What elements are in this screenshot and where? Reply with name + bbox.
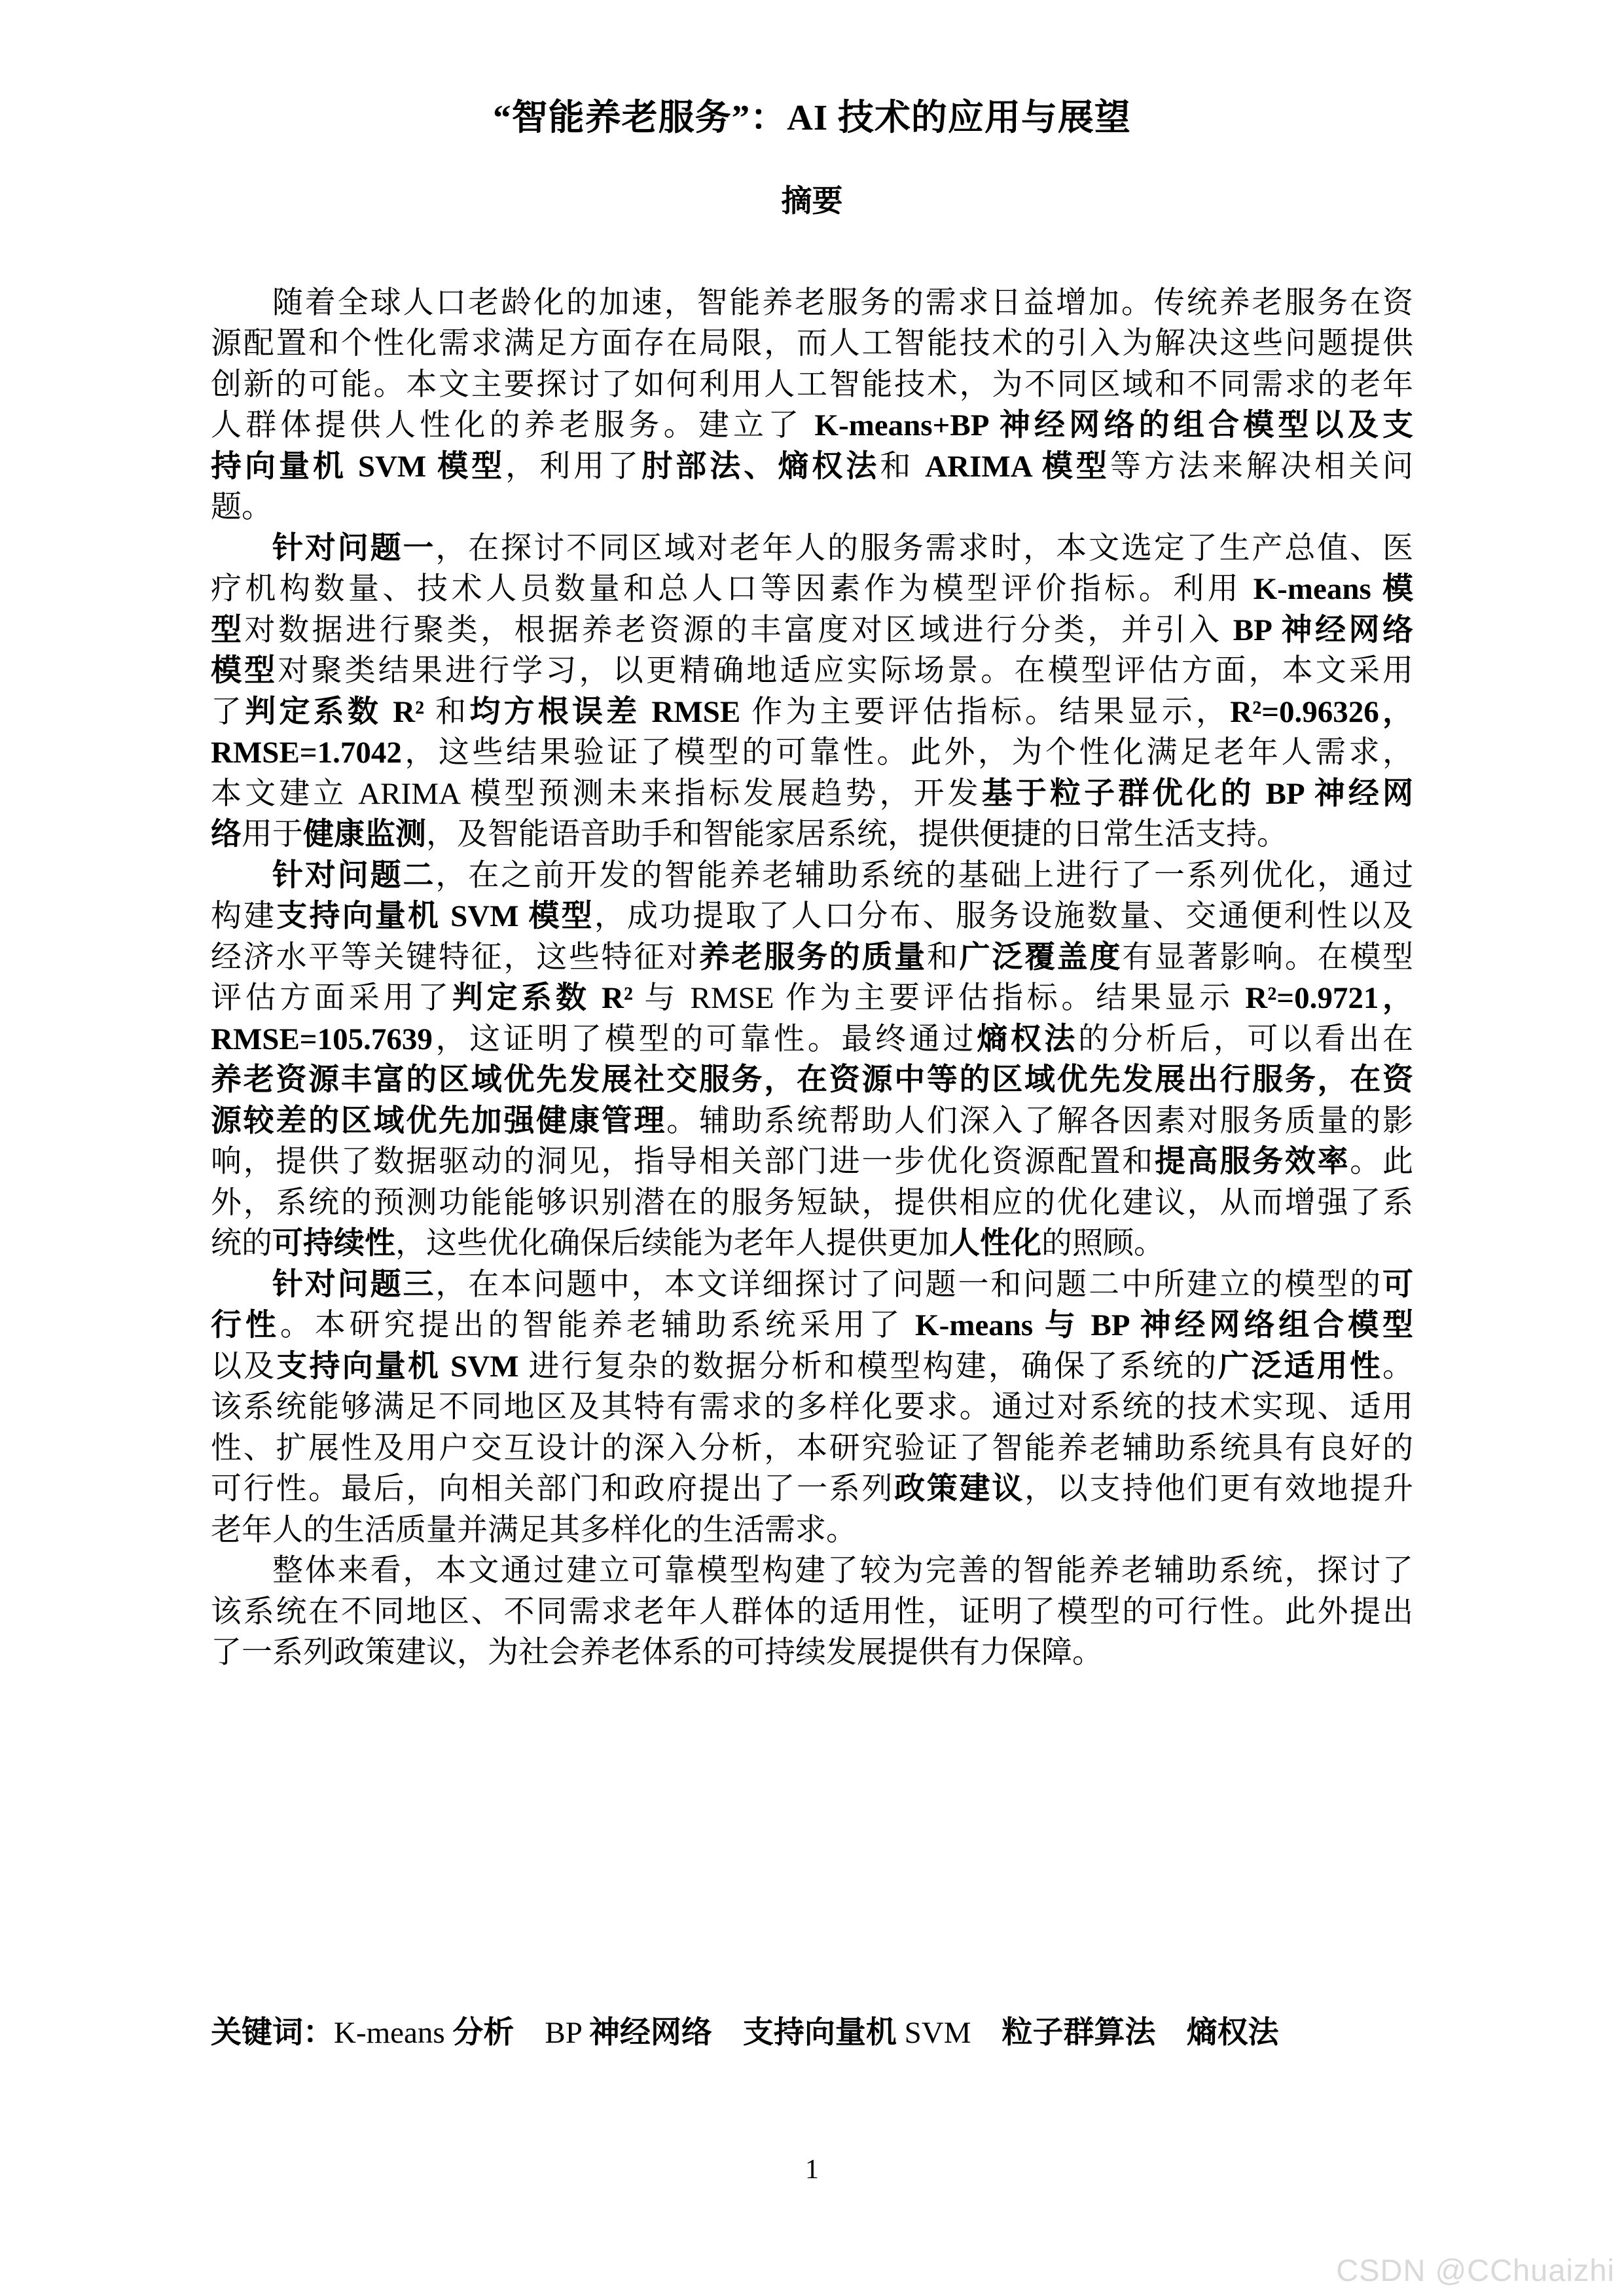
paragraph-line: 经济水平等关键特征，这些特征对养老服务的质量和广泛覆盖度有显著影响。在模型 <box>211 937 1413 978</box>
bold-text-run: 针对问题三 <box>272 1268 435 1302</box>
paragraph-line: 针对问题三，在本问题中，本文详细探讨了问题一和问题二中所建立的模型的可 <box>211 1265 1413 1306</box>
text-run: 。 <box>1382 1350 1413 1384</box>
text-run <box>1156 2016 1187 2050</box>
text-run: 本文建立 ARIMA 模型预测未来指标发展趋势，开发 <box>211 777 982 811</box>
bold-text-run: K-means 与 BP 神经网络组合模型 <box>915 1308 1413 1342</box>
text-run: ，在本问题中，本文详细探讨了问题一和问题二中所建立的模型的 <box>435 1268 1382 1302</box>
bold-text-run: ARIMA 模型 <box>925 450 1110 484</box>
page-title: “智能养老服务”：AI 技术的应用与展望 <box>211 0 1413 141</box>
paragraph-line: 养老资源丰富的区域优先发展社交服务，在资源中等的区域优先发展出行服务，在资 <box>211 1060 1413 1101</box>
text-run: 该系统在不同地区、不同需求老年人群体的适用性，证明了模型的可行性。此外提出 <box>211 1595 1413 1629</box>
paragraph-line: 针对问题二，在之前开发的智能养老辅助系统的基础上进行了一系列优化，通过 <box>211 855 1413 897</box>
text-run: 进行复杂的数据分析和模型构建，确保了系统的 <box>519 1350 1219 1384</box>
text-run: 性、扩展性及用户交互设计的深入分析，本研究验证了智能养老辅助系统具有良好的 <box>211 1431 1413 1465</box>
text-run: 有显著影响。在模型 <box>1122 941 1413 975</box>
text-run: 和 <box>880 450 925 484</box>
abstract-heading: 摘要 <box>211 183 1413 221</box>
text-run: 用于 <box>242 817 303 852</box>
text-run: ，成功提取了人口分布、服务设施数量、交通便利性以及 <box>594 899 1413 933</box>
paragraph-line: 可行性。最后，向相关部门和政府提出了一系列政策建议，以支持他们更有效地提升 <box>211 1469 1413 1510</box>
watermark: CSDN @CChuaizhi <box>1336 2252 1615 2288</box>
paragraph-line: 该系统在不同地区、不同需求老年人群体的适用性，证明了模型的可行性。此外提出 <box>211 1592 1413 1633</box>
text-run <box>971 2016 1002 2050</box>
text-run: 。本研究提出的智能养老辅助系统采用了 <box>280 1308 915 1342</box>
text-run: ，利用了 <box>505 450 641 484</box>
paragraph: 针对问题二，在之前开发的智能养老辅助系统的基础上进行了一系列优化，通过构建支持向… <box>211 855 1413 1265</box>
paragraph-line: 了判定系数 R² 和均方根误差 RMSE 作为主要评估指标。结果显示，R²=0.… <box>211 692 1413 733</box>
bold-text-run: 分析 <box>452 2016 514 2050</box>
text-run <box>514 2016 545 2050</box>
text-run: 外，系统的预测功能能够识别潜在的服务短缺，提供相应的优化建议，从而增强了系 <box>211 1186 1413 1220</box>
paragraph-line: 随着全球人口老龄化的加速，智能养老服务的需求日益增加。传统养老服务在资 <box>211 283 1413 324</box>
paragraph-line: 模型对聚类结果进行学习，以更精确地适应实际场景。在模型评估方面，本文采用 <box>211 651 1413 692</box>
bold-text-run: R²=0.9721， <box>1245 981 1413 1015</box>
paragraph-line: 持向量机 SVM 模型，利用了肘部法、熵权法和 ARIMA 模型等方法来解决相关… <box>211 446 1413 488</box>
bold-text-run: 支持向量机 SVM 模型 <box>276 899 594 933</box>
text-run: 该系统能够满足不同地区及其特有需求的多样化要求。通过对系统的技术实现、适用 <box>211 1390 1413 1424</box>
text-run: 老年人的生活质量并满足其多样化的生活需求。 <box>211 1513 857 1547</box>
paragraph-line: 该系统能够满足不同地区及其特有需求的多样化要求。通过对系统的技术实现、适用 <box>211 1387 1413 1428</box>
bold-text-run: 神经网络 <box>589 2016 712 2050</box>
bold-text-run: 广泛覆盖度 <box>960 941 1123 975</box>
bold-text-run: 基于粒子群优化的 BP 神经网 <box>982 777 1413 811</box>
text-run: ，这些结果验证了模型的可靠性。此外，为个性化满足老年人需求， <box>402 736 1413 770</box>
paragraph-line: 络用于健康监测，及智能语音助手和智能家居系统，提供便捷的日常生活支持。 <box>211 814 1413 855</box>
bold-text-run: 模型 <box>211 654 278 688</box>
paragraph: 整体来看，本文通过建立可靠模型构建了较为完善的智能养老辅助系统，探讨了该系统在不… <box>211 1551 1413 1674</box>
paragraph-line: 外，系统的预测功能能够识别潜在的服务短缺，提供相应的优化建议，从而增强了系 <box>211 1183 1413 1224</box>
bold-text-run: RMSE=1.7042 <box>211 736 402 770</box>
bold-text-run: 判定系数 R² <box>245 695 424 729</box>
bold-text-run: 针对问题二 <box>272 859 435 893</box>
paragraph-line: RMSE=105.7639，这证明了模型的可靠性。最终通过熵权法的分析后，可以看… <box>211 1019 1413 1060</box>
text-run: 。辅助系统帮助人们深入了解各因素对服务质量的影 <box>666 1104 1413 1138</box>
abstract-body: 随着全球人口老龄化的加速，智能养老服务的需求日益增加。传统养老服务在资源配置和个… <box>211 283 1413 1674</box>
paragraph-line: 统的可持续性，这些优化确保后续能为老年人提供更加人性化的照顾。 <box>211 1223 1413 1265</box>
bold-text-run: R²=0.96326， <box>1230 695 1413 729</box>
paragraph-line: 型对数据进行聚类，根据养老资源的丰富度对区域进行分类，并引入 BP 神经网络 <box>211 610 1413 651</box>
bold-text-run: 政策建议 <box>894 1472 1024 1506</box>
bold-text-run: 支持向量机 SVM <box>276 1350 518 1384</box>
paragraph-line: 本文建立 ARIMA 模型预测未来指标发展趋势，开发基于粒子群优化的 BP 神经… <box>211 774 1413 815</box>
text-run: 统的 <box>211 1227 272 1261</box>
bold-text-run: 熵权法 <box>977 1022 1078 1056</box>
text-run: 和 <box>927 941 960 975</box>
bold-text-run: 健康监测 <box>303 817 426 852</box>
text-run: 等方法来解决相关问 <box>1110 450 1413 484</box>
text-run: BP <box>545 2016 589 2050</box>
text-run: 了一系列政策建议，为社会养老体系的可持续发展提供有力保障。 <box>211 1636 1103 1670</box>
paragraph-line: 针对问题一，在探讨不同区域对老年人的服务需求时，本文选定了生产总值、医 <box>211 528 1413 569</box>
bold-text-run: 熵权法 <box>1187 2016 1279 2050</box>
bold-text-run: 判定系数 R² <box>452 981 633 1015</box>
paragraph-line: 源较差的区域优先加强健康管理。辅助系统帮助人们深入了解各因素对服务质量的影 <box>211 1101 1413 1142</box>
text-run: 作为主要评估指标。结果显示， <box>740 695 1230 729</box>
paragraph-line: 以及支持向量机 SVM 进行复杂的数据分析和模型构建，确保了系统的广泛适用性。 <box>211 1346 1413 1388</box>
bold-text-run: 肘部法、熵权法 <box>641 450 880 484</box>
bold-text-run: RMSE=105.7639 <box>211 1022 433 1056</box>
paragraph-line: 评估方面采用了判定系数 R² 与 RMSE 作为主要评估指标。结果显示 R²=0… <box>211 978 1413 1019</box>
bold-text-run: 广泛适用性 <box>1218 1350 1382 1384</box>
bold-text-run: 粒子群算法 <box>1002 2016 1156 2050</box>
text-run: 疗机构数量、技术人员数量和总人口等因素作为模型评价指标。利用 <box>211 572 1254 606</box>
bold-text-run: 针对问题一 <box>272 531 435 565</box>
bold-text-run: K-means+BP 神经网络的组合模型以及支 <box>814 408 1413 442</box>
text-run: 构建 <box>211 899 276 933</box>
text-run: 了 <box>211 695 245 729</box>
text-run <box>712 2016 743 2050</box>
keywords-line: 关键词：K-means 分析 BP 神经网络 支持向量机 SVM 粒子群算法 熵… <box>211 2013 1413 2054</box>
text-run: 可行性。最后，向相关部门和政府提出了一系列 <box>211 1472 894 1506</box>
paragraph-line: 行性。本研究提出的智能养老辅助系统采用了 K-means 与 BP 神经网络组合… <box>211 1305 1413 1346</box>
paragraph-line: 题。 <box>211 487 1413 528</box>
bold-text-run: BP 神经网络 <box>1233 613 1413 647</box>
text-run: SVM <box>897 2016 971 2050</box>
text-run: 随着全球人口老龄化的加速，智能养老服务的需求日益增加。传统养老服务在资 <box>272 286 1413 320</box>
document-page: “智能养老服务”：AI 技术的应用与展望 摘要 随着全球人口老龄化的加速，智能养… <box>0 0 1624 2296</box>
bold-text-run: 支持向量机 <box>743 2016 897 2050</box>
text-run: 响，提供了数据驱动的洞见，指导相关部门进一步优化资源配置和 <box>211 1145 1155 1179</box>
text-run: ，在之前开发的智能养老辅助系统的基础上进行了一系列优化，通过 <box>435 859 1413 893</box>
bold-text-run: 养老资源丰富的区域优先发展社交服务，在资源中等的区域优先发展出行服务，在资 <box>211 1063 1413 1097</box>
paragraph-line: 老年人的生活质量并满足其多样化的生活需求。 <box>211 1510 1413 1551</box>
bold-text-run: 络 <box>211 817 242 852</box>
text-run: ，及智能语音助手和智能家居系统，提供便捷的日常生活支持。 <box>426 817 1288 852</box>
bold-text-run: 可持续性 <box>272 1227 395 1261</box>
text-run: 对数据进行聚类，根据养老资源的丰富度对区域进行分类，并引入 <box>245 613 1233 647</box>
paragraph: 针对问题一，在探讨不同区域对老年人的服务需求时，本文选定了生产总值、医疗机构数量… <box>211 528 1413 855</box>
paragraph-line: 性、扩展性及用户交互设计的深入分析，本研究验证了智能养老辅助系统具有良好的 <box>211 1428 1413 1469</box>
bold-text-run: 持向量机 SVM 模型 <box>211 450 505 484</box>
text-run: ，这些优化确保后续能为老年人提供更加 <box>395 1227 949 1261</box>
paragraph-line: 了一系列政策建议，为社会养老体系的可持续发展提供有力保障。 <box>211 1632 1413 1674</box>
paragraph-line: 人群体提供人性化的养老服务。建立了 K-means+BP 神经网络的组合模型以及… <box>211 405 1413 446</box>
text-run: 题。 <box>211 490 272 524</box>
paragraph-line: 整体来看，本文通过建立可靠模型构建了较为完善的智能养老辅助系统，探讨了 <box>211 1551 1413 1592</box>
paragraph-line: 疗机构数量、技术人员数量和总人口等因素作为模型评价指标。利用 K-means 模 <box>211 569 1413 610</box>
text-run: ，在探讨不同区域对老年人的服务需求时，本文选定了生产总值、医 <box>435 531 1413 565</box>
text-run: 以及 <box>211 1350 276 1384</box>
bold-text-run: 行性 <box>211 1308 280 1342</box>
text-run: 创新的可能。本文主要探讨了如何利用人工智能技术，为不同区域和不同需求的老年 <box>211 368 1413 402</box>
text-run: 的照顾。 <box>1041 1227 1164 1261</box>
text-run: ，这证明了模型的可靠性。最终通过 <box>433 1022 977 1056</box>
bold-text-run: 提高服务效率 <box>1155 1145 1350 1179</box>
paragraph-line: 创新的可能。本文主要探讨了如何利用人工智能技术，为不同区域和不同需求的老年 <box>211 365 1413 406</box>
text-run: 的分析后，可以看出在 <box>1078 1022 1413 1056</box>
text-run: 。此 <box>1350 1145 1413 1179</box>
page-number: 1 <box>211 2153 1413 2187</box>
bold-text-run: 型 <box>211 613 245 647</box>
paragraph-line: RMSE=1.7042，这些结果验证了模型的可靠性。此外，为个性化满足老年人需求… <box>211 732 1413 774</box>
text-run: 与 RMSE 作为主要评估指标。结果显示 <box>633 981 1245 1015</box>
text-run: 评估方面采用了 <box>211 981 452 1015</box>
text-run: 整体来看，本文通过建立可靠模型构建了较为完善的智能养老辅助系统，探讨了 <box>272 1554 1413 1588</box>
text-run: 源配置和个性化需求满足方面存在局限，而人工智能技术的引入为解决这些问题提供 <box>211 327 1413 361</box>
bold-text-run: K-means 模 <box>1254 572 1413 606</box>
text-run: 经济水平等关键特征，这些特征对 <box>211 941 699 975</box>
bold-text-run: 养老服务的质量 <box>699 941 927 975</box>
bold-text-run: 均方根误差 RMSE <box>469 695 740 729</box>
text-run: 对聚类结果进行学习，以更精确地适应实际场景。在模型评估方面，本文采用 <box>278 654 1413 688</box>
paragraph-line: 源配置和个性化需求满足方面存在局限，而人工智能技术的引入为解决这些问题提供 <box>211 323 1413 365</box>
paragraph: 针对问题三，在本问题中，本文详细探讨了问题一和问题二中所建立的模型的可行性。本研… <box>211 1265 1413 1551</box>
bold-text-run: 源较差的区域优先加强健康管理 <box>211 1104 666 1138</box>
paragraph: 随着全球人口老龄化的加速，智能养老服务的需求日益增加。传统养老服务在资源配置和个… <box>211 283 1413 528</box>
paragraph-line: 构建支持向量机 SVM 模型，成功提取了人口分布、服务设施数量、交通便利性以及 <box>211 896 1413 937</box>
paragraph-line: 响，提供了数据驱动的洞见，指导相关部门进一步优化资源配置和提高服务效率。此 <box>211 1141 1413 1183</box>
text-run: K-means <box>334 2016 452 2050</box>
text-run: 人群体提供人性化的养老服务。建立了 <box>211 408 814 442</box>
text-run: 和 <box>424 695 469 729</box>
text-run: ，以支持他们更有效地提升 <box>1024 1472 1413 1506</box>
page-content: “智能养老服务”：AI 技术的应用与展望 摘要 随着全球人口老龄化的加速，智能养… <box>0 0 1624 2187</box>
bold-text-run: 人性化 <box>949 1227 1041 1261</box>
bold-text-run: 可 <box>1382 1268 1413 1302</box>
bold-text-run: 关键词： <box>211 2016 334 2050</box>
